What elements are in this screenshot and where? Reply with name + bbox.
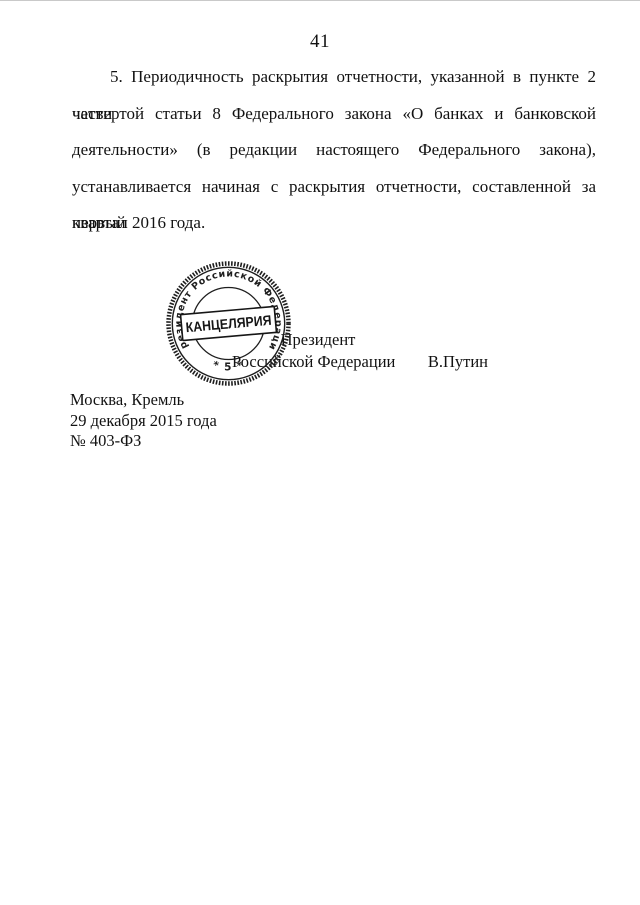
paragraph-line: устанавливается начиная с раскрытия отче… [72, 169, 596, 206]
signature-name: В.Путин [428, 352, 488, 372]
stamp-graphic: Президент Российской Федерации * 5 * КАН… [158, 253, 299, 394]
document-page: 41 5. Периодичность раскрытия отчетности… [0, 0, 640, 905]
paragraph-line: деятельности» (в редакции настоящего Фед… [72, 132, 596, 169]
law-paragraph: 5. Периодичность раскрытия отчетности, у… [72, 59, 596, 242]
footer-place: Москва, Кремль [70, 390, 217, 411]
chancellery-stamp: Президент Российской Федерации * 5 * КАН… [158, 253, 299, 394]
signature-footer: Москва, Кремль 29 декабря 2015 года № 40… [70, 390, 217, 452]
paragraph-line: квартал 2016 года. [72, 205, 596, 242]
paragraph-line: 5. Периодичность раскрытия отчетности, у… [72, 59, 596, 96]
stamp-bottom-text: * 5 * [211, 359, 245, 373]
footer-number: № 403-ФЗ [70, 431, 217, 452]
paragraph-line: четвертой статьи 8 Федерального закона «… [72, 96, 596, 133]
footer-date: 29 декабря 2015 года [70, 411, 217, 432]
page-number: 41 [0, 31, 640, 53]
